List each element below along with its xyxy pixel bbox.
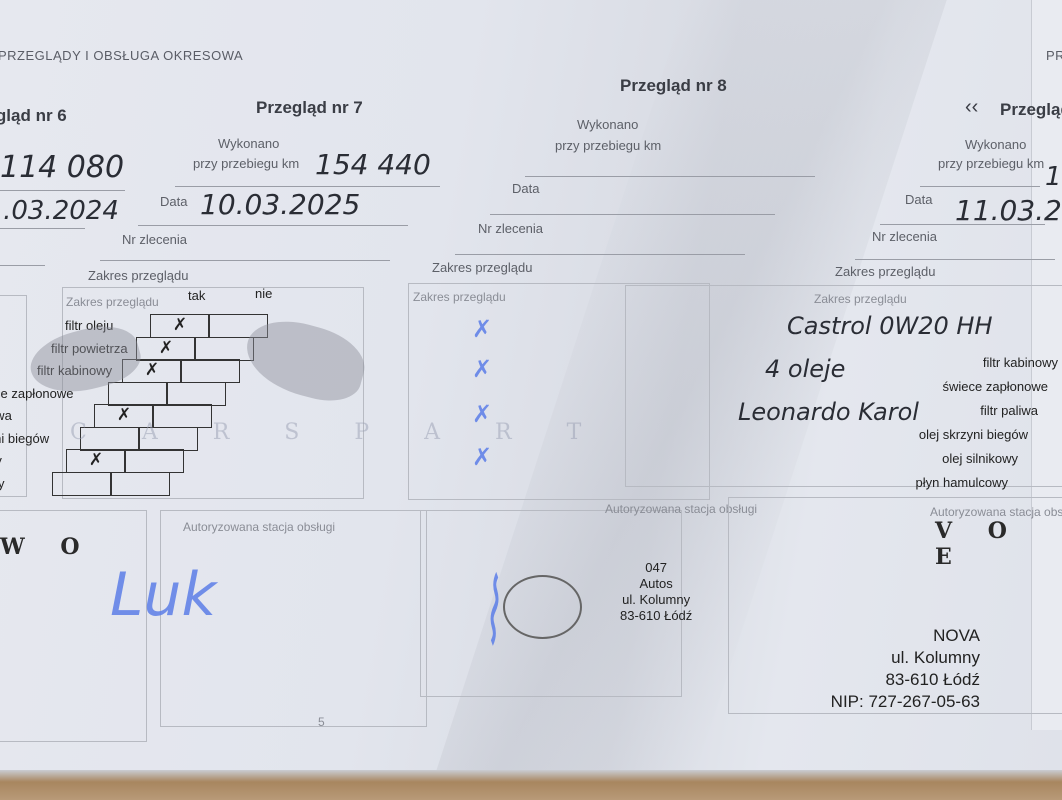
check-mark: ✗ — [472, 315, 492, 343]
check-mark: ✗ — [472, 443, 492, 471]
inspection-9-title: Przegląd nr 9 — [1000, 100, 1062, 120]
inspection-8-title: Przegląd nr 8 — [620, 76, 727, 96]
checklist-item-label: olej silnikowy — [0, 453, 2, 468]
right-section-title: PRZEGLĄDY — [1046, 48, 1062, 63]
checkbox-no — [166, 382, 226, 406]
checklist-item-label: filtr paliwa — [0, 408, 12, 423]
inspection-7-signature: Luk — [110, 560, 216, 630]
inspection-9-mileage: 1... — [1045, 162, 1062, 192]
table-surface — [0, 770, 1062, 800]
inspection-7-title: Przegląd nr 7 — [256, 98, 363, 118]
checklist-item-label: olej skrzyni biegów — [0, 431, 49, 446]
scope-label: Zakres przeglądu — [835, 264, 935, 279]
handwritten-note: 4 oleje — [765, 355, 845, 383]
done-label: Wykonano — [577, 117, 638, 132]
scope-sublabel: Zakres przeglądu — [413, 290, 506, 304]
date-label: Data — [160, 194, 187, 209]
checkbox-no — [124, 449, 184, 473]
check-mark: ✗ — [472, 400, 492, 428]
inspection-8-signature: ⌇ — [483, 560, 501, 665]
date-label: Data — [512, 181, 539, 196]
inspection-6-stamp: W O — [0, 534, 94, 560]
checklist-item-label: płyn hamulcowy — [0, 476, 5, 491]
brand-logo-stamp — [503, 575, 582, 639]
checkbox-no — [194, 337, 254, 361]
done-label: Wykonano — [218, 136, 279, 151]
checkbox-no — [110, 472, 170, 496]
document-page: PRZEGLĄDY I OBSŁUGA OKRESOWA PRZEGLĄDY P… — [0, 0, 1062, 780]
checklist-item-label: płyn hamulcowy — [898, 475, 1008, 490]
inspection-9-stamp: NOVAul. Kolumny83-610 ŁódźNIP: 727-267-0… — [800, 625, 980, 713]
checkbox-yes — [108, 382, 168, 406]
checkbox-yes — [52, 472, 112, 496]
inspection-7-mileage: 154 440 — [315, 148, 431, 181]
inspection-9-stamp-logo: V O E — [935, 518, 1062, 570]
date-label: Data — [905, 192, 932, 207]
inspection-8-stamp: 047Autosul. Kolumny83-610 Łódź — [620, 560, 692, 624]
scope-sublabel: Zakres przeglądu — [814, 292, 907, 306]
checklist-item-label: świece zapłonowe — [938, 379, 1048, 394]
yes-header: tak — [188, 288, 205, 303]
handwritten-note: Castrol 0W20 HH — [787, 312, 993, 340]
scope-label: Zakres przeglądu — [88, 268, 188, 283]
page-number: 5 — [318, 715, 325, 729]
mileage-label: przy przebiegu km — [555, 138, 661, 153]
arrow-marks: ‹‹ — [965, 96, 978, 119]
inspection-6-title: Przegląd nr 6 — [0, 106, 67, 126]
order-label: Nr zlecenia — [122, 232, 187, 247]
handwritten-note: Leonardo Karol — [738, 398, 919, 426]
inspection-6-date: 11.03.2024 — [0, 196, 119, 226]
inspection-7-date: 10.03.2025 — [200, 188, 360, 221]
inspection-9-date: 11.03.2026 — [955, 194, 1062, 227]
checklist-item-label: olej silnikowy — [908, 451, 1018, 466]
station-label: Autoryzowana stacja obsługi — [930, 505, 1062, 519]
scope-sublabel: Zakres przeglądu — [66, 295, 159, 309]
station-label: Autoryzowana stacja obsługi — [183, 520, 335, 534]
checkbox-yes: ✗ — [150, 314, 210, 338]
order-label: Nr zlecenia — [872, 229, 937, 244]
checkbox-yes: ✗ — [136, 337, 196, 361]
mileage-label: przy przebiegu km — [938, 156, 1044, 171]
done-label: Wykonano — [965, 137, 1026, 152]
checklist-item-label: filtr paliwa — [928, 403, 1038, 418]
no-header: nie — [255, 286, 272, 301]
checkbox-yes: ✗ — [66, 449, 126, 473]
checklist-item-label: olej skrzyni biegów — [918, 427, 1028, 442]
scope-label: Zakres przeglądu — [432, 260, 532, 275]
order-label: Nr zlecenia — [478, 221, 543, 236]
section-title: PRZEGLĄDY I OBSŁUGA OKRESOWA — [0, 48, 243, 63]
inspection-6-mileage: 114 080 — [0, 150, 124, 185]
checkbox-no — [180, 359, 240, 383]
checklist-item-label: filtr kabinowy — [948, 355, 1058, 370]
check-mark: ✗ — [472, 355, 492, 383]
mileage-label: przy przebiegu km — [193, 156, 299, 171]
